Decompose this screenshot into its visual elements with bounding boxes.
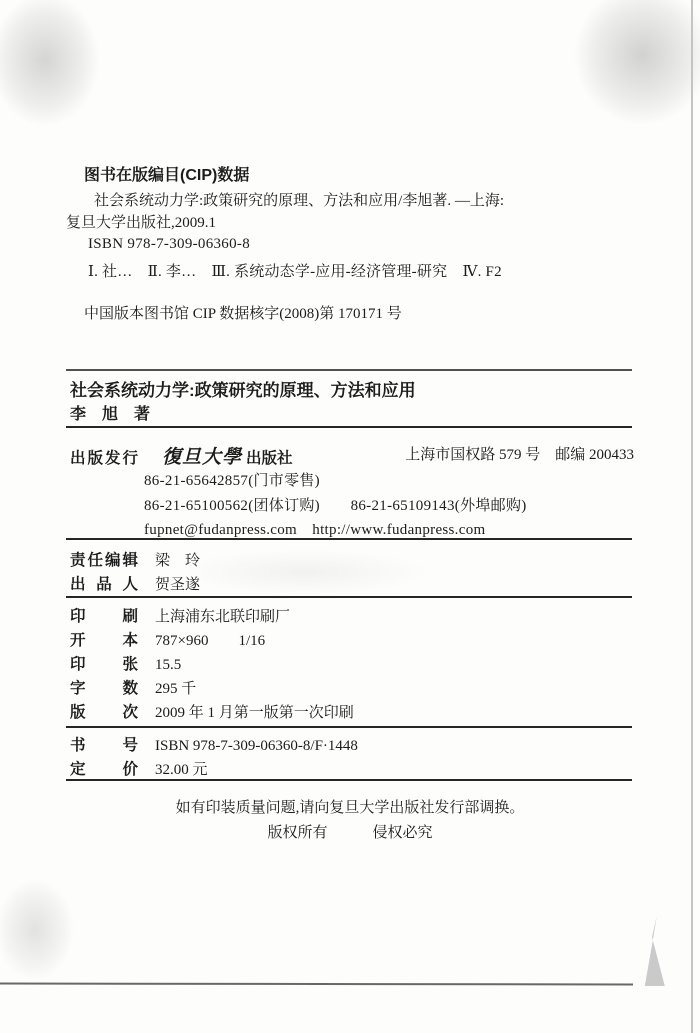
cip-isbn-line: ISBN 978-7-309-06360-8 [66,234,632,256]
divider-below-staff [66,596,632,598]
cip-entry-line1: 社会系统动力学:政策研究的原理、方法和应用/李旭著. —上海: [66,191,632,213]
quality-notice: 如有印装质量问题,请向复旦大学出版社发行部调换。 [0,796,700,817]
cip-entry: 社会系统动力学:政策研究的原理、方法和应用/李旭著. —上海: 复旦大学出版社,… [66,191,632,256]
phone-group-line: 86-21-65100562(团体订购) 86-21-65109143(外埠邮购… [144,494,527,515]
divider-above-title [66,369,632,371]
scan-noise-top-right [555,0,700,145]
phone-retail-line: 86-21-65642857(门市零售) [144,469,320,490]
contact-line: fupnet@fudanpress.com http://www.fudanpr… [144,518,485,539]
divider-below-pricing [66,779,632,781]
print-row-label: 印刷 [70,604,138,626]
print-row: 版次2009 年 1 月第一版第一次印刷 [70,700,354,722]
book-number-value: ISBN 978-7-309-06360-8/F·1448 [155,738,358,754]
producer-name: 贺圣遂 [155,577,200,593]
print-row-value: 15.5 [155,657,181,673]
print-row: 字数295 千 [70,676,196,698]
publisher-row: 出版发行復旦大學出版社 上海市国权路 579 号 邮编 200433 [70,442,634,469]
print-row-value: 295 千 [155,681,196,697]
book-number-label: 书号 [70,733,138,755]
book-title: 社会系统动力学:政策研究的原理、方法和应用 [70,376,416,401]
editor-label: 责任编辑 [70,548,138,570]
cip-record-number: 中国版本图书馆 CIP 数据核字(2008)第 170171 号 [84,302,402,323]
price-row: 定价32.00 元 [70,757,208,779]
print-row-value: 上海浦东北联印刷厂 [155,609,290,625]
price-value: 32.00 元 [155,762,208,778]
scan-noise-blob [636,916,676,986]
divider-below-publisher [66,538,632,540]
book-number-row: 书号ISBN 978-7-309-06360-8/F·1448 [70,733,358,755]
cip-header: 图书在版编目(CIP)数据 [84,162,249,185]
print-row-value: 2009 年 1 月第一版第一次印刷 [155,705,354,721]
divider-below-author [66,426,632,428]
publisher-label: 出版发行 [70,446,138,468]
publisher-logo-suffix: 出版社 [246,450,293,467]
price-label: 定价 [70,757,138,779]
print-row: 开本787×960 1/16 [70,628,265,650]
print-row-value: 787×960 1/16 [155,633,265,649]
print-row-label: 印张 [70,652,138,674]
print-row: 印刷上海浦东北联印刷厂 [70,604,290,626]
cip-entry-line2: 复旦大学出版社,2009.1 [66,213,632,235]
producer-label: 出品人 [70,572,138,594]
publisher-address: 上海市国权路 579 号 邮编 200433 [405,443,634,464]
print-row-label: 版次 [70,700,138,722]
print-row-label: 字数 [70,676,138,698]
divider-below-print-info [66,726,632,728]
page-bottom-edge [0,983,633,986]
editor-name: 梁 玲 [155,553,200,569]
copyright-notice: 版权所有 侵权必究 [0,821,700,842]
scan-noise-bottom-left [0,865,85,995]
scan-noise-top-left [0,0,115,145]
producer-row: 出品人贺圣遂 [70,572,200,594]
book-author: 李 旭 著 [70,401,150,424]
scanned-copyright-page: 图书在版编目(CIP)数据 社会系统动力学:政策研究的原理、方法和应用/李旭著.… [0,0,700,1033]
page-right-edge [691,0,693,1033]
print-row-label: 开本 [70,628,138,650]
print-row: 印张15.5 [70,652,181,674]
publisher-logo-script: 復旦大學 [162,446,242,468]
editor-row: 责任编辑梁 玲 [70,548,200,570]
cip-classification-line: Ⅰ. 社… Ⅱ. 李… Ⅲ. 系统动态学-应用-经济管理-研究 Ⅳ. F2 [88,260,502,281]
